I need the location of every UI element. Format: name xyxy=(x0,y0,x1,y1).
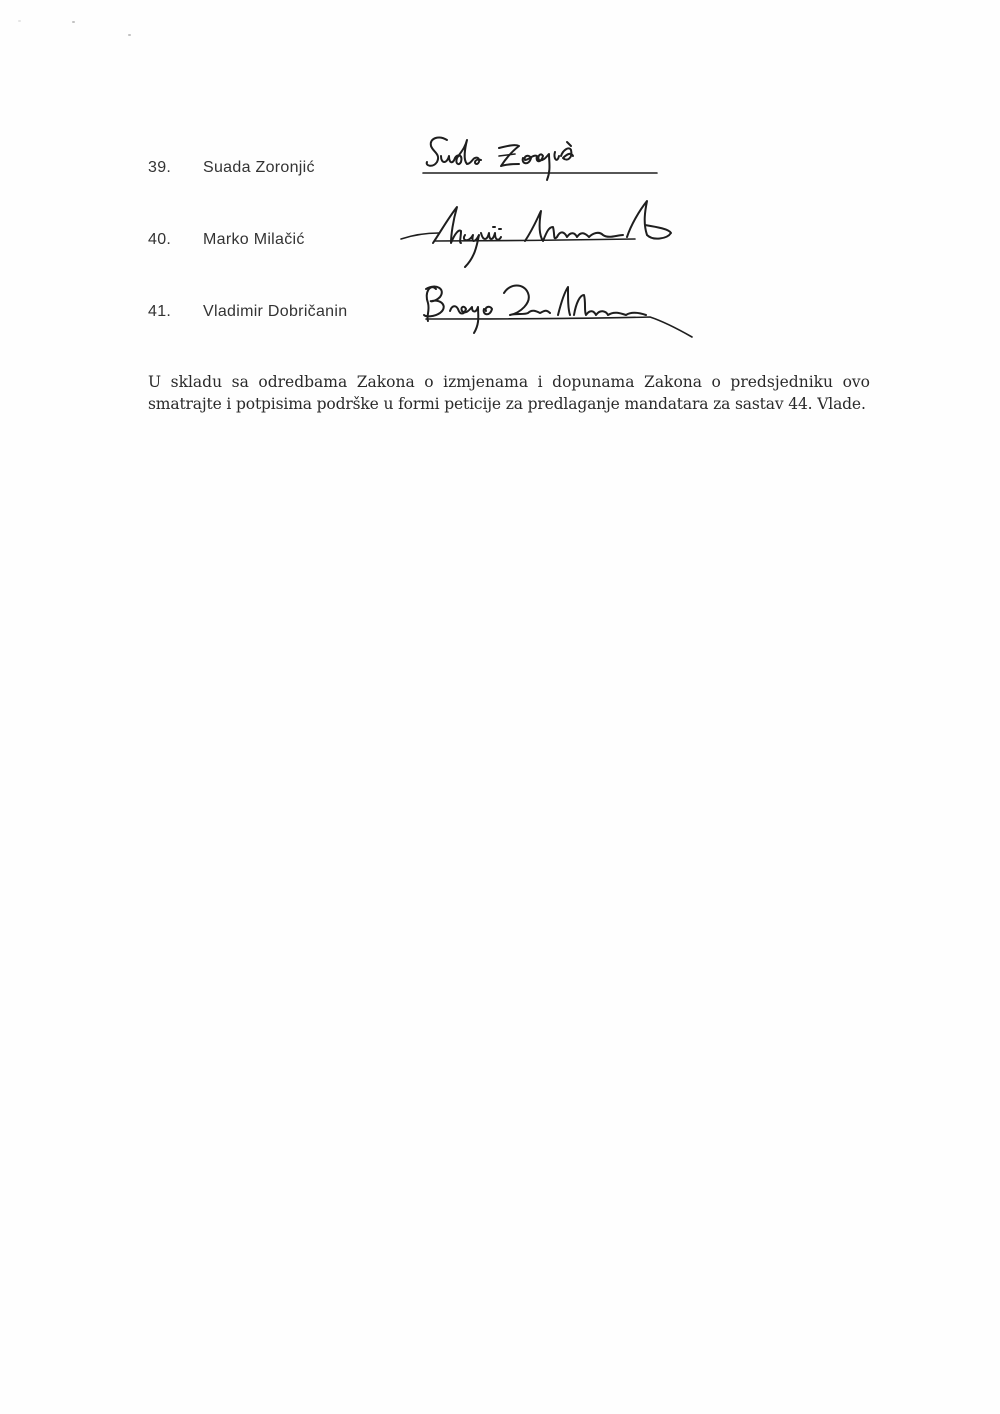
signatory-number: 41. xyxy=(148,303,171,321)
signatory-name: Marko Milačić xyxy=(203,231,305,249)
document-page: 39. Suada Zoronjić 40. Marko Milačić xyxy=(0,0,1000,1414)
handwritten-signature-icon xyxy=(395,130,675,190)
handwritten-signature-icon xyxy=(395,195,685,270)
handwritten-signature-icon xyxy=(400,275,700,340)
signatory-name: Suada Zoronjić xyxy=(203,159,315,177)
paragraph-line: U skladu sa odredbama Zakona o izmjenama… xyxy=(148,371,870,393)
paragraph-line: smatrajte i potpisima podrške u formi pe… xyxy=(148,393,870,415)
scan-artifact xyxy=(18,20,21,22)
signatory-number: 40. xyxy=(148,231,171,249)
scan-artifact xyxy=(72,21,75,23)
signatory-number: 39. xyxy=(148,159,171,177)
scan-artifact xyxy=(128,34,131,36)
legal-notice-paragraph: U skladu sa odredbama Zakona o izmjenama… xyxy=(148,371,870,415)
signatory-name: Vladimir Dobričanin xyxy=(203,303,347,321)
